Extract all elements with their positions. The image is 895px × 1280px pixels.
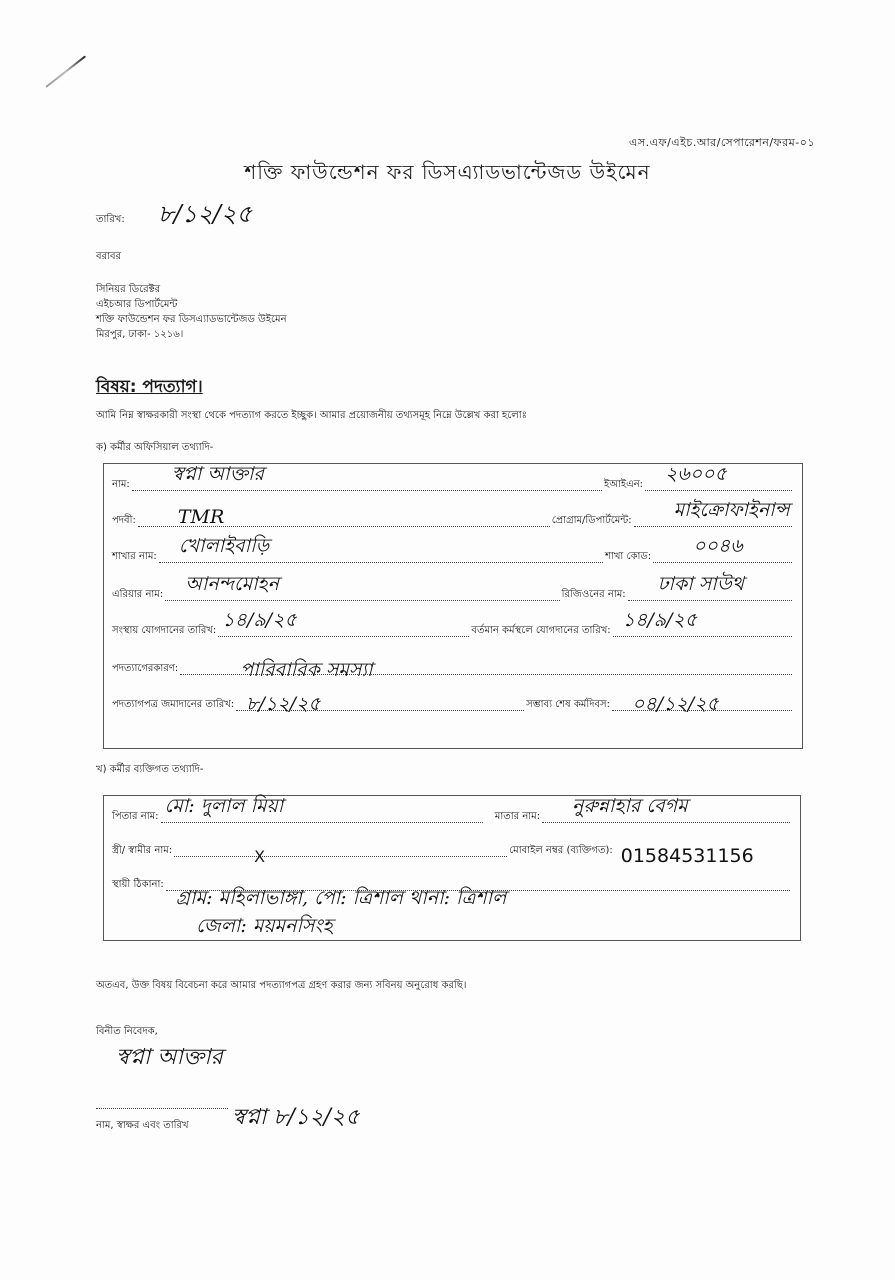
spouse-name-value[interactable]: X: [254, 847, 265, 866]
region-name-value[interactable]: ঢাকা সাউথ: [658, 570, 744, 602]
designation-label: পদবী:: [112, 513, 136, 530]
father-name-value[interactable]: মো: দুলাল মিয়া: [165, 792, 284, 824]
addressee-line: মিরপুর, ঢাকা- ১২১৬।: [96, 327, 287, 342]
reason-value[interactable]: পারিবারিক সমস্যা: [240, 656, 372, 688]
addressee-line: সিনিয়র ডিরেক্টর: [96, 282, 287, 297]
last-working-day-label: সম্ভাব্য শেষ কর্মদিবস:: [526, 697, 610, 714]
row-name-ein: নাম: স্বপ্না আক্তার ইআইএন: ২৬০০৫: [112, 472, 794, 494]
reason-label: পদত্যাগেরকারণ:: [112, 661, 178, 678]
to-label: বরাবর: [96, 249, 121, 266]
mother-name-label: মাতার নাম:: [495, 809, 540, 826]
signature-footer-value: স্বপ্না ৮/১২/২৫: [232, 1100, 360, 1137]
mobile-label: মোবাইল নম্বর (ব্যক্তিগত):: [509, 843, 613, 860]
address-value-line2[interactable]: জেলা: ময়মনসিংহ: [196, 912, 333, 944]
row-branch: শাখার নাম: খোলাইবাড়ি শাখা কোড: ০০৪৬: [112, 544, 794, 566]
pen-mark: [45, 55, 86, 87]
row-joining-dates: সংস্থায় যোগদানের তারিখ: ১৪/৯/২৫ বর্তমান…: [112, 618, 794, 640]
ein-value[interactable]: ২৬০০৫: [665, 460, 727, 492]
row-reason: পদত্যাগেরকারণ: পারিবারিক সমস্যা: [112, 656, 794, 678]
current-joining-date-value[interactable]: ১৪/৯/২৫: [623, 606, 697, 638]
mobile-value[interactable]: 01584531156: [621, 845, 754, 867]
address-label: স্থায়ী ঠিকানা:: [112, 877, 164, 894]
region-name-label: রিজিওনের নাম:: [562, 587, 626, 604]
mother-name-value[interactable]: নুরুন্নাহার বেগম: [572, 792, 688, 824]
organization-title: শক্তি ফাউন্ডেশন ফর ডিসএ্যাডভান্টেজড উইমে…: [0, 158, 895, 191]
row-spouse-mobile: স্ত্রী/ স্বামীর নাম: X মোবাইল নম্বর (ব্য…: [112, 838, 792, 860]
addressee-block: সিনিয়র ডিরেক্টর এইচআর ডিপার্টমেন্ট শক্ত…: [96, 282, 287, 342]
branch-code-value[interactable]: ০০৪৬: [693, 532, 742, 564]
joining-date-label: সংস্থায় যোগদানের তারিখ:: [112, 623, 216, 640]
closing-text: অতএব, উক্ত বিষয় বিবেচনা করে আমার পদত্যা…: [96, 978, 466, 995]
branch-code-label: শাখা কোড:: [605, 549, 651, 566]
name-label: নাম:: [112, 477, 130, 494]
area-name-value[interactable]: আনন্দমোহন: [185, 570, 279, 602]
joining-date-value[interactable]: ১৪/৯/২৫: [222, 606, 296, 638]
submission-date-value[interactable]: ৮/১২/২৫: [246, 690, 321, 722]
branch-name-label: শাখার নাম:: [112, 549, 157, 566]
subject: বিষয়: পদত্যাগ।: [96, 374, 203, 402]
signature: স্বপ্না আক্তার: [116, 1040, 223, 1077]
section-official-heading: ক) কর্মীর অফিসিয়াল তথ্যাদি-: [96, 440, 213, 457]
section-personal-heading: খ) কর্মীর ব্যক্তিগত তথ্যাদি-: [96, 762, 204, 779]
personal-info-box: পিতার নাম: মো: দুলাল মিয়া মাতার নাম: নু…: [103, 795, 801, 941]
area-name-label: এরিয়ার নাম:: [112, 587, 163, 604]
current-joining-date-label: বর্তমান কর্মস্থলে যোগদানের তারিখ:: [471, 623, 610, 640]
signature-footer-label: নাম, স্বাক্ষর এবং তারিখ: [96, 1118, 189, 1135]
signature-line: [96, 1108, 228, 1109]
program-value[interactable]: মাইক্রোফাইনান্স: [674, 496, 790, 528]
date-label: তারিখ:: [96, 212, 125, 229]
row-submission-lastday: পদত্যাগপত্র জমাদানের তারিখ: ৮/১২/২৫ সম্ভ…: [112, 692, 794, 714]
row-parents: পিতার নাম: মো: দুলাল মিয়া মাতার নাম: নু…: [112, 804, 792, 826]
addressee-line: এইচআর ডিপার্টমেন্ট: [96, 297, 287, 312]
yours-label: বিনীত নিবেদক,: [96, 1024, 158, 1041]
row-area-region: এরিয়ার নাম: আনন্দমোহন রিজিওনের নাম: ঢাক…: [112, 582, 794, 604]
form-code: এস.এফ/এইচ.আর/সেপারেশন/ফরম-০১: [629, 134, 815, 153]
branch-name-value[interactable]: খোলাইবাড়ি: [179, 532, 269, 564]
name-value[interactable]: স্বপ্না আক্তার: [172, 460, 264, 492]
father-name-label: পিতার নাম:: [112, 809, 159, 826]
program-label: প্রোগ্রাম/ডিপার্টমেন্ট:: [552, 513, 632, 530]
addressee-line: শক্তি ফাউন্ডেশন ফর ডিসএ্যাডভান্টেজড উইমে…: [96, 312, 287, 327]
spouse-name-label: স্ত্রী/ স্বামীর নাম:: [112, 843, 172, 860]
intro-text: আমি নিম্ন স্বাক্ষরকারী সংস্থা থেকে পদত্য…: [96, 408, 527, 425]
row-designation-program: পদবী: TMR প্রোগ্রাম/ডিপার্টমেন্ট: মাইক্র…: [112, 508, 794, 530]
date-value: ৮/১২/২৫: [158, 196, 252, 236]
designation-value[interactable]: TMR: [178, 506, 224, 528]
submission-date-label: পদত্যাগপত্র জমাদানের তারিখ:: [112, 697, 234, 714]
official-info-box: নাম: স্বপ্না আক্তার ইআইএন: ২৬০০৫ পদবী: T…: [103, 463, 803, 749]
ein-label: ইআইএন:: [604, 477, 643, 494]
row-address: স্থায়ী ঠিকানা: গ্রাম: মহিলাভাঙ্গা, পো: …: [112, 872, 792, 894]
last-working-day-value[interactable]: ০৪/১২/২৫: [632, 690, 719, 722]
